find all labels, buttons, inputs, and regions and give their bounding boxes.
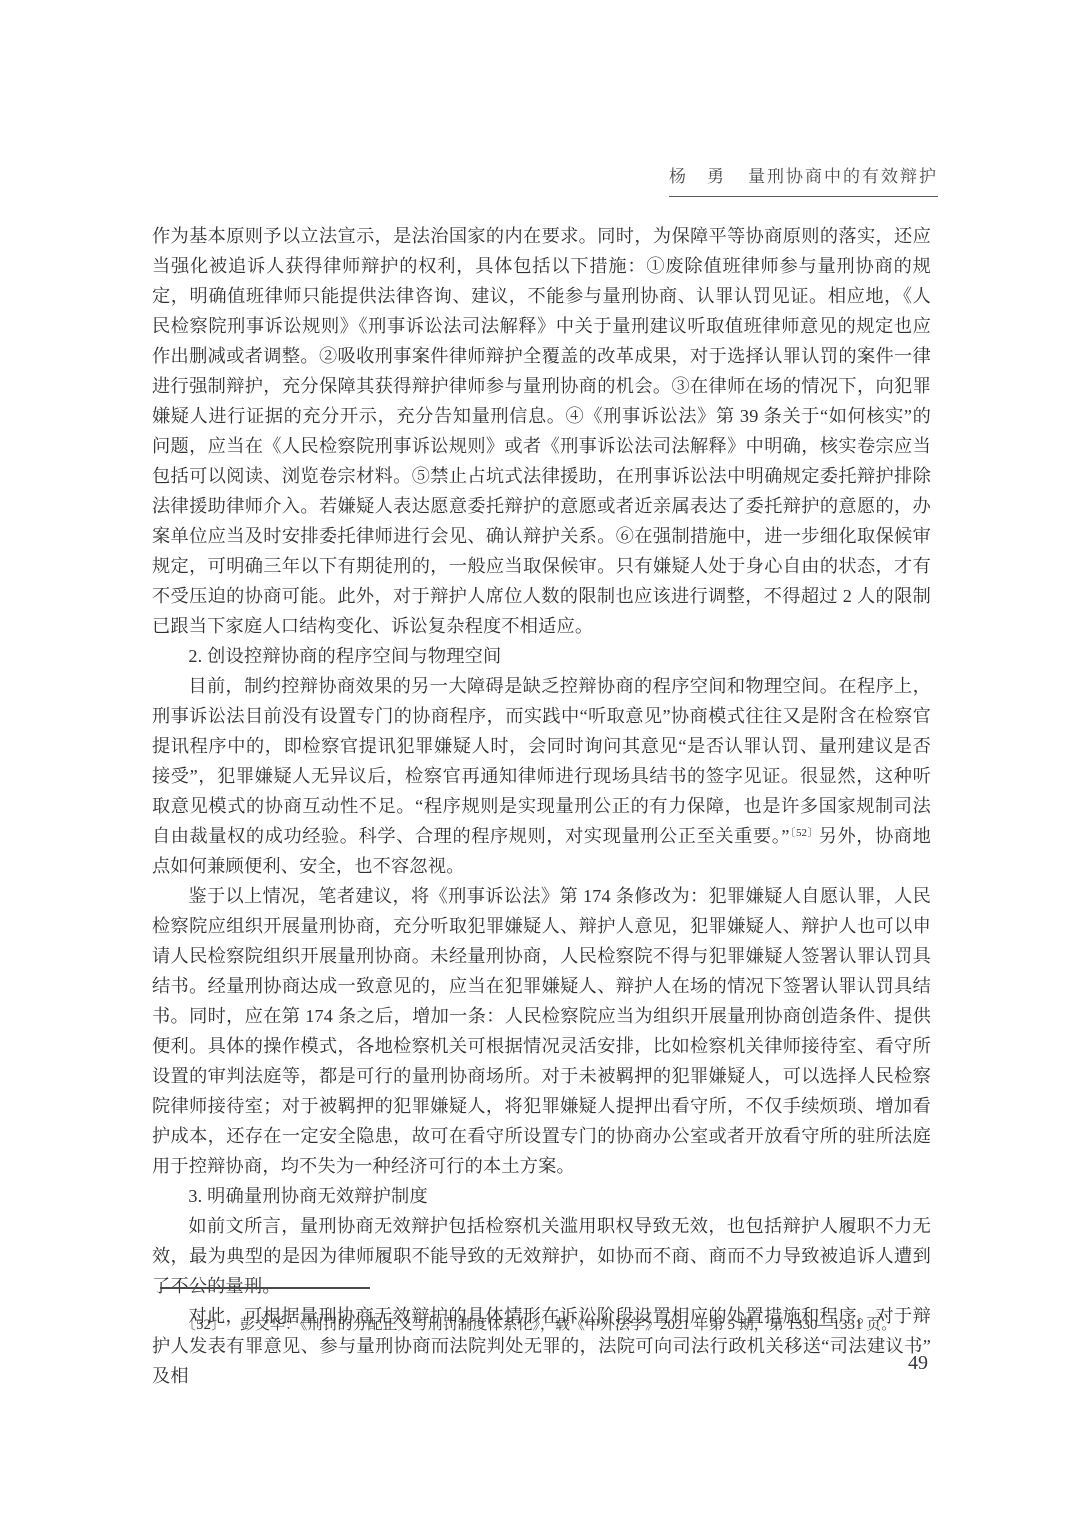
article-body: 作为基本原则予以立法宣示，是法治国家的内在要求。同时，为保障平等协商原则的落实，… bbox=[152, 221, 931, 1391]
running-header-title: 量刑协商中的有效辩护 bbox=[748, 167, 938, 186]
footnote-marker: 〔52〕 bbox=[181, 1317, 226, 1333]
paragraph-continuation: 作为基本原则予以立法宣示，是法治国家的内在要求。同时，为保障平等协商原则的落实，… bbox=[152, 221, 931, 641]
footnote-separator bbox=[160, 1287, 370, 1289]
running-header-author: 杨 勇 bbox=[669, 167, 726, 186]
paragraph-article-174-proposal: 鉴于以上情况，笔者建议，将《刑事诉讼法》第 174 条修改为：犯罪嫌疑人自愿认罪… bbox=[152, 881, 931, 1181]
paragraph-procedure-space: 目前，制约控辩协商效果的另一大障碍是缺乏控辩协商的程序空间和物理空间。在程序上，… bbox=[152, 671, 931, 881]
running-header: 杨 勇量刑协商中的有效辩护 bbox=[669, 162, 938, 197]
journal-page: 杨 勇量刑协商中的有效辩护 作为基本原则予以立法宣示，是法治国家的内在要求。同时… bbox=[0, 0, 1080, 1528]
footnote-reference-52: 〔52〕 bbox=[790, 827, 819, 839]
footnote-52: 〔52〕彭文华：《刑罚的分配正义与刑罚制度体系化》，载《中外法学》2021 年第… bbox=[181, 1313, 931, 1337]
section-heading-2: 2. 创设控辩协商的程序空间与物理空间 bbox=[152, 641, 931, 671]
footnote-text: 彭文华：《刑罚的分配正义与刑罚制度体系化》，载《中外法学》2021 年第 5 期… bbox=[240, 1317, 896, 1333]
section-heading-3: 3. 明确量刑协商无效辩护制度 bbox=[152, 1181, 931, 1211]
paragraph-segment: 目前，制约控辩协商效果的另一大障碍是缺乏控辩协商的程序空间和物理空间。在程序上，… bbox=[152, 676, 931, 846]
page-number: 49 bbox=[908, 1352, 928, 1375]
